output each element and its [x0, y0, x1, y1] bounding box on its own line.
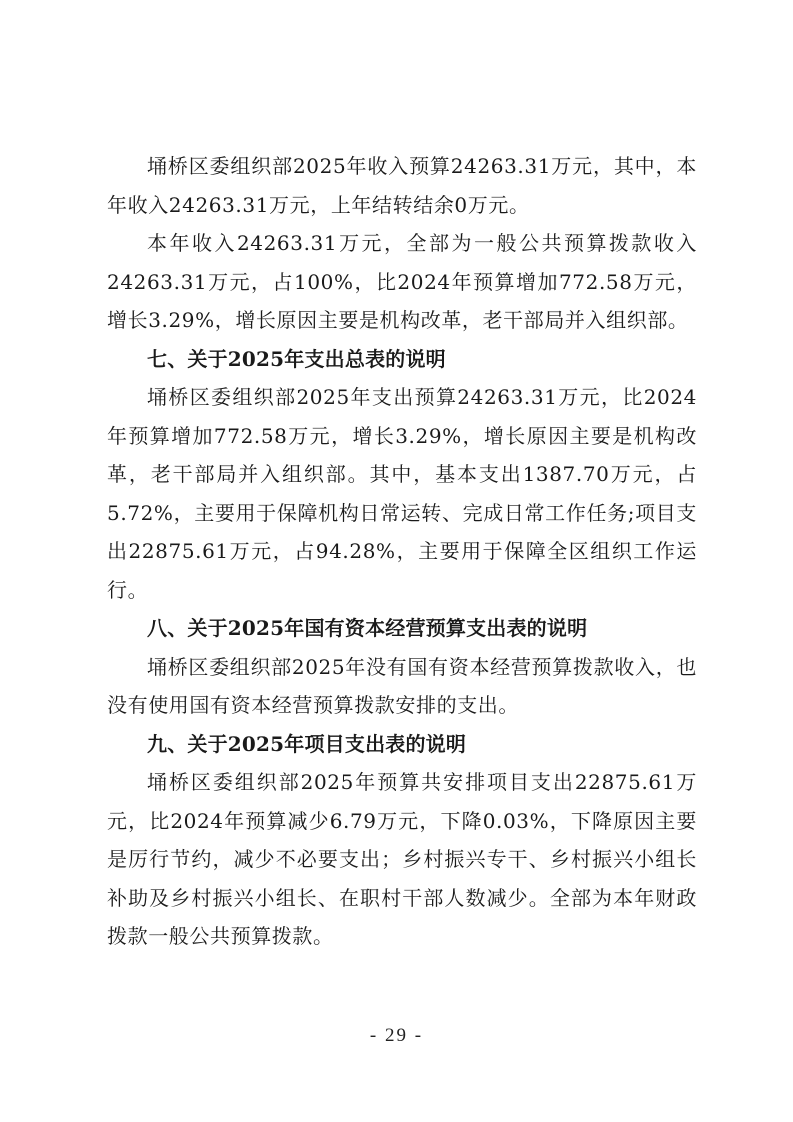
paragraph-expenditure-summary: 埇桥区委组织部2025年支出预算24263.31万元，比2024年预算增加772…	[107, 378, 697, 609]
heading-section-8: 八、关于2025年国有资本经营预算支出表的说明	[107, 609, 697, 648]
heading-section-9: 九、关于2025年项目支出表的说明	[107, 725, 697, 764]
paragraph-project-expenditure: 埇桥区委组织部2025年预算共安排项目支出22875.61万元，比2024年预算…	[107, 763, 697, 956]
heading-section-7: 七、关于2025年支出总表的说明	[107, 340, 697, 379]
document-body: 埇桥区委组织部2025年收入预算24263.31万元，其中，本年收入24263.…	[107, 147, 697, 956]
paragraph-current-year-income: 本年收入24263.31万元，全部为一般公共预算拨款收入24263.31万元，占…	[107, 224, 697, 340]
paragraph-income-budget: 埇桥区委组织部2025年收入预算24263.31万元，其中，本年收入24263.…	[107, 147, 697, 224]
paragraph-state-capital: 埇桥区委组织部2025年没有国有资本经营预算拨款收入，也没有使用国有资本经营预算…	[107, 648, 697, 725]
page-number: - 29 -	[0, 1025, 793, 1047]
